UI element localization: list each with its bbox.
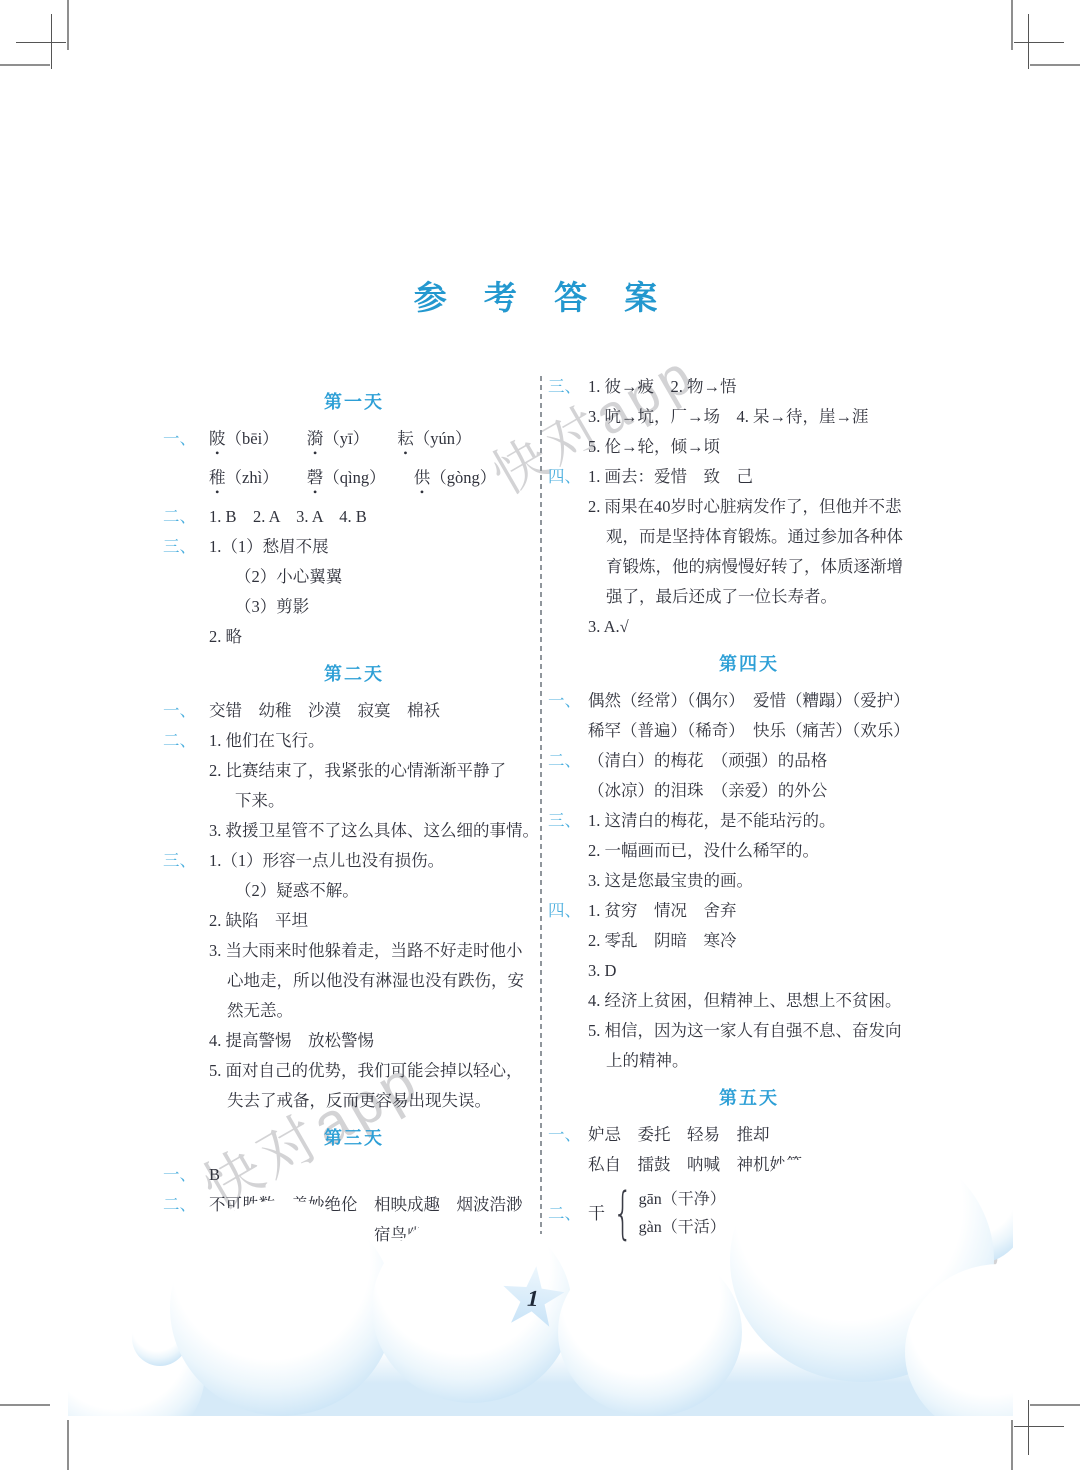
pinyin: （gòng） xyxy=(430,468,496,487)
section-marker: 二、 xyxy=(163,726,209,756)
word-pair: 供（gòng） xyxy=(414,463,497,493)
pinyin: （zhì） xyxy=(226,468,279,487)
answer-line: 二、 1. 他们在飞行。 xyxy=(163,726,545,756)
answer-text: 1. 彼→疲 2. 物→悟 xyxy=(588,372,950,402)
answer-text: （冰凉）的泪珠 （亲爱）的外公 xyxy=(548,776,950,806)
answer-line: 三、 1. 彼→疲 2. 物→悟 xyxy=(548,372,950,402)
answer-text: 2. 一幅画而已，没什么稀罕的。 xyxy=(548,836,950,866)
pinyin: （bēi） xyxy=(226,429,279,448)
answer-text: 1. B 2. A 3. A 4. B xyxy=(209,502,545,532)
left-column: 第一天 一、 陂（bēi） 漪（yī） 耘（yún） 稚（zhì） 磬（qìng… xyxy=(163,380,545,1250)
answer-line: 三、 1. 这清白的梅花，是不能玷污的。 xyxy=(548,806,950,836)
answer-text: 偶然（经常）（偶尔） 爱惜（糟蹋）（爱护） xyxy=(588,686,950,716)
answer-line: 四、 1. 贫穷 情况 舍弃 xyxy=(548,896,950,926)
day-header: 第五天 xyxy=(548,1076,950,1120)
word-pair: 漪（yī） xyxy=(307,424,369,454)
answer-line: 一、 交错 幼稚 沙漠 寂寞 棉袄 xyxy=(163,696,545,726)
answer-text: 2. 雨果在40岁时心脏病发作了，但他并不悲 xyxy=(548,492,950,522)
pinyin: （yī） xyxy=(323,429,369,448)
day-header: 第一天 xyxy=(163,380,545,424)
answer-text: 上的精神。 xyxy=(548,1046,950,1076)
dotted-char: 陂 xyxy=(209,424,226,454)
answer-text: （2）小心翼翼 xyxy=(163,562,545,592)
answer-text: 2. 比赛结束了，我紧张的心情渐渐平静了 xyxy=(163,756,545,786)
cloud-shape xyxy=(558,1247,742,1416)
answer-text: 3. A.√ xyxy=(548,612,950,642)
word-pair: 稚（zhì） xyxy=(209,463,279,493)
wave-decoration: 1 xyxy=(68,1160,1013,1416)
answer-text: 观，而是坚持体育锻炼。通过参加各种体 xyxy=(548,522,950,552)
answer-text: 3. D xyxy=(548,956,950,986)
answer-line: 稚（zhì） 磬（qìng） 供（gòng） xyxy=(163,463,545,493)
answer-line: 一、 妒忌 委托 轻易 推却 xyxy=(548,1120,950,1150)
word-pair: 陂（bēi） xyxy=(209,424,279,454)
answer-text: 3. 吭→坑，厂→场 4. 呆→待，崖→涯 xyxy=(548,402,950,432)
section-marker: 二、 xyxy=(548,746,588,776)
answer-line: 三、 1.（1）形容一点儿也没有损伤。 xyxy=(163,846,545,876)
answer-line: 一、 陂（bēi） 漪（yī） 耘（yún） xyxy=(163,424,545,454)
answer-text: 5. 伦→轮，倾→顷 xyxy=(548,432,950,462)
answer-text: 1. 画去：爱惜 致 己 xyxy=(588,462,950,492)
answer-text: 下来。 xyxy=(163,786,545,816)
dotted-char: 磬 xyxy=(307,463,324,493)
dotted-char: 稚 xyxy=(209,463,226,493)
section-marker: 四、 xyxy=(548,462,588,492)
answer-text: 2. 缺陷 平坦 xyxy=(163,906,545,936)
answer-text: （3）剪影 xyxy=(163,592,545,622)
answer-text: （清白）的梅花 （顽强）的品格 xyxy=(588,746,950,776)
answer-text: 妒忌 委托 轻易 推却 xyxy=(588,1120,950,1150)
section-marker: 一、 xyxy=(163,696,209,726)
answer-line: 一、 偶然（经常）（偶尔） 爱惜（糟蹋）（爱护） xyxy=(548,686,950,716)
day-header: 第三天 xyxy=(163,1116,545,1160)
answer-text: 强了，最后还成了一位长寿者。 xyxy=(548,582,950,612)
answer-text: （2）疑惑不解。 xyxy=(163,876,545,906)
answer-text: 心地走，所以他没有淋湿也没有跌伤，安 xyxy=(163,966,545,996)
section-marker: 一、 xyxy=(548,686,588,716)
cloud-shape xyxy=(170,1200,394,1416)
answer-line: 二、 1. B 2. A 3. A 4. B xyxy=(163,502,545,532)
dotted-char: 供 xyxy=(414,463,431,493)
section-marker: 三、 xyxy=(548,372,588,402)
answer-text: 1. 他们在飞行。 xyxy=(209,726,545,756)
section-marker: 一、 xyxy=(548,1120,588,1150)
day-header: 第二天 xyxy=(163,652,545,696)
answer-text: 3. 当大雨来时他躲着走，当路不好走时他小 xyxy=(163,936,545,966)
answer-line: 二、 （清白）的梅花 （顽强）的品格 xyxy=(548,746,950,776)
answer-text: 5. 相信，因为这一家人有自强不息、奋发向 xyxy=(548,1016,950,1046)
section-marker: 三、 xyxy=(548,806,588,836)
word-pair: 耘（yún） xyxy=(397,424,471,454)
answer-line: 三、 1.（1）愁眉不展 xyxy=(163,532,545,562)
pinyin: （yún） xyxy=(414,429,472,448)
pinyin: （qìng） xyxy=(323,468,385,487)
answer-text: 陂（bēi） 漪（yī） 耘（yún） xyxy=(209,424,545,454)
day-header: 第四天 xyxy=(548,642,950,686)
answer-text: 4. 经济上贫困，但精神上、思想上不贫困。 xyxy=(548,986,950,1016)
page-number: 1 xyxy=(527,1286,539,1312)
wave-band xyxy=(68,1396,1013,1416)
answer-text: 1. 贫穷 情况 舍弃 xyxy=(588,896,950,926)
answer-text: 2. 略 xyxy=(163,622,545,652)
answer-text: 5. 面对自己的优势，我们可能会掉以轻心， xyxy=(163,1056,545,1086)
answer-text: 1.（1）形容一点儿也没有损伤。 xyxy=(209,846,545,876)
answer-text: 2. 零乱 阴暗 寒冷 xyxy=(548,926,950,956)
answer-text: 失去了戒备，反而更容易出现失误。 xyxy=(163,1086,545,1116)
answer-text: 然无恙。 xyxy=(163,996,545,1026)
section-marker: 三、 xyxy=(163,532,209,562)
section-marker: 四、 xyxy=(548,896,588,926)
section-marker: 一、 xyxy=(163,424,209,454)
answer-text: 稀罕（普遍）（稀奇） 快乐（痛苦）（欢乐） xyxy=(548,716,950,746)
word-pair: 磬（qìng） xyxy=(307,463,386,493)
answer-text: 1.（1）愁眉不展 xyxy=(209,532,545,562)
dotted-char: 漪 xyxy=(307,424,324,454)
section-marker: 二、 xyxy=(163,502,209,532)
section-marker: 三、 xyxy=(163,846,209,876)
answer-text: 育锻炼，他的病慢慢好转了，体质逐渐增 xyxy=(548,552,950,582)
answer-text: 交错 幼稚 沙漠 寂寞 棉袄 xyxy=(209,696,545,726)
answer-text: 4. 提高警惕 放松警惕 xyxy=(163,1026,545,1056)
answer-text: 1. 这清白的梅花，是不能玷污的。 xyxy=(588,806,950,836)
answer-text: 3. 这是您最宝贵的画。 xyxy=(548,866,950,896)
page-title: 参 考 答 案 xyxy=(0,272,1080,319)
right-column: 三、 1. 彼→疲 2. 物→悟 3. 吭→坑，厂→场 4. 呆→待，崖→涯 5… xyxy=(548,372,950,1242)
answer-line: 四、 1. 画去：爱惜 致 己 xyxy=(548,462,950,492)
answer-text: 3. 救援卫星管不了这么具体、这么细的事情。 xyxy=(163,816,545,846)
dotted-char: 耘 xyxy=(397,424,414,454)
